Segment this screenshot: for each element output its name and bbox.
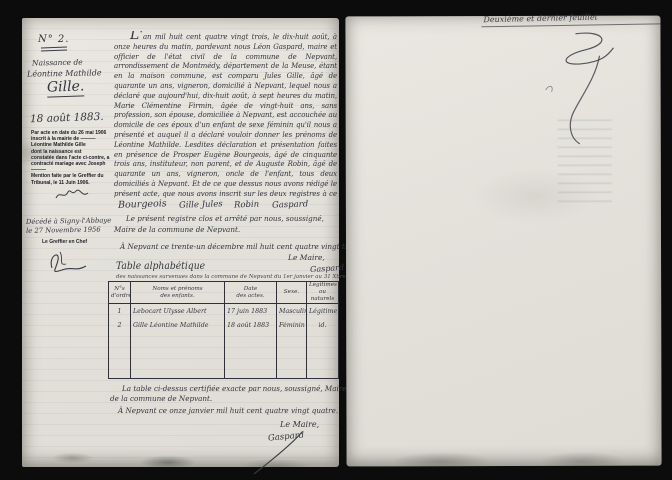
table-subheading: des naissances survenues dans la commune… [116,274,363,280]
header-line1: N°s [111,286,128,293]
register-closing-place-date: À Nepvant ce trente-un décembre mil huit… [120,242,361,251]
death-note-line2: le 27 Novembre 1956 [26,225,122,236]
register-closing-line1: Le présent registre clos et arrêté par n… [126,214,324,223]
death-marginal-note: Décédé à Signy-l'Abbaye le 27 Novembre 1… [26,216,122,236]
table-heading: Table alphabétique [116,261,205,272]
cell-child-name: Lebocart Ulysse Albert [131,304,225,318]
header-line1: Légitimes [309,282,336,289]
header-line1: Noms et prénoms [133,286,222,293]
margin-act-title-line2: Léontine Mathilde [27,68,102,78]
birth-act-text: L'an mil huit cent quatre vingt trois, l… [114,31,337,199]
act-signature: Gille Jules [179,199,223,211]
mayor-role-label: Le Maire, [288,253,325,262]
act-signatures: BourgeoisGille JulesRobinGaspard [118,199,336,210]
act-number: N° 2. [38,34,69,51]
births-index-table: N°s d'ordre. Noms et prénoms des enfants… [108,281,339,379]
act-number-underline [41,47,67,52]
header-line1: Sexe. [279,289,304,296]
register-right-page: Deuxième et dernier feuillet [345,16,661,467]
cell-act-date: 18 août 1883 [225,318,277,332]
register-left-page: N° 2. Naissance de Léontine Mathilde Gil… [22,18,339,467]
act-signature: Gaspard [271,199,308,210]
table-certification-line2: de la commune de Nepvant. [110,394,212,403]
table-certification-place-date: À Nepvant ce onze janvier mil huit cent … [118,406,338,415]
act-number-text: N° 2. [38,34,69,45]
cell-sex: Féminin [277,318,307,332]
marriage-mention-stamp: Par acte en date du 26 mai 1906inscrit à… [31,130,111,186]
cell-legitimacy: Légitime [307,304,339,318]
table-header-cell: N°s d'ordre. [109,282,131,304]
header-line2: d'ordre. [111,293,128,300]
folio-note: Deuxième et dernier feuillet [483,13,598,25]
cell-child-name: Gille Léontine Mathilde [131,318,225,332]
header-line2: des enfants. [133,293,222,300]
stamp-signature-squiggle [54,186,90,202]
cell-order-number: 1 [109,304,131,318]
header-line2: ou naturels [309,289,336,303]
header-line1: Date [227,286,274,293]
cell-order-number: 2 [109,318,131,332]
margin-act-title-line1: Naissance de [32,58,83,68]
scanned-register-page: { "left_page": { "margin": { "act_number… [0,0,672,480]
cell-sex: Masculin [277,304,307,318]
stamp-line: Mention faite par le Greffier du [31,173,111,179]
table-header-cell: Date des actes. [225,282,277,304]
table-certification-line1: La table ci-dessus certifiée exacte par … [122,384,347,393]
table-filler-row [109,331,339,378]
clerk-role-label: Le Greffier en Chef [42,239,87,245]
cell-act-date: 17 juin 1883 [225,304,277,318]
table-row: 1 Lebocart Ulysse Albert 17 juin 1883 Ma… [109,304,339,318]
table-row: 2 Gille Léontine Mathilde 18 août 1883 F… [109,318,339,332]
margin-act-surname: Gille. [47,78,85,97]
act-signature: Robin [234,200,259,211]
cell-legitimacy: id. [307,318,339,332]
margin-act-date: 18 août 1883. [30,111,104,126]
table-header-cell: Noms et prénoms des enfants. [131,282,225,304]
signature-flourish [242,426,312,476]
mayor-signature: Gaspard [310,263,345,274]
table-header-cell: Légitimes ou naturels [307,282,339,304]
register-closing-line2: Maire de la commune de Nepvant. [114,225,240,234]
clerk-signature-squiggle [46,248,90,276]
table-header-row: N°s d'ordre. Noms et prénoms des enfants… [109,282,339,304]
stamp-line: Tribunal, le 11 Juin 1906. [31,180,111,186]
header-line2: des actes. [227,293,274,300]
table-header-cell: Sexe. [277,282,307,304]
act-signature: Bourgeois [118,198,167,211]
faint-bleedthrough-stamp [558,116,612,204]
